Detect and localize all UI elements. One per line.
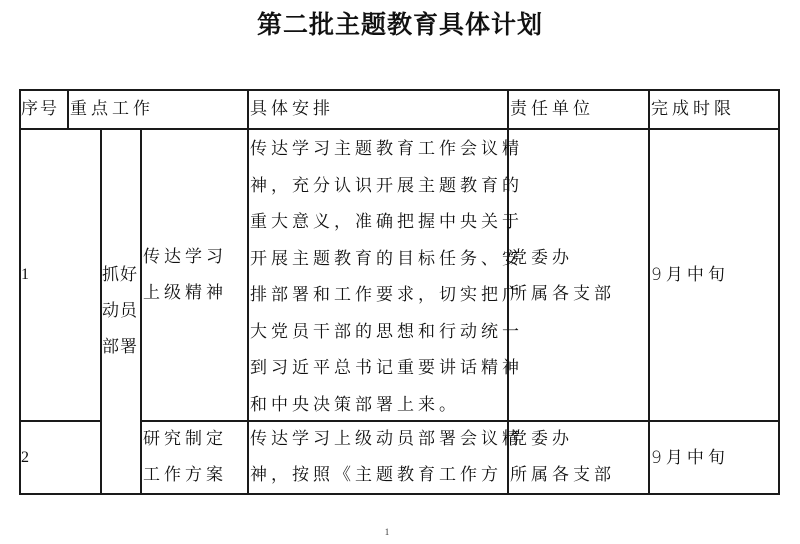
table-border-right <box>778 89 780 495</box>
row-1-arrangement-line: 神，充分认识开展主题教育的 <box>250 168 523 205</box>
header-divider <box>19 128 780 130</box>
document-title: 第二批主题教育具体计划 <box>0 8 800 42</box>
col-divider-task <box>247 89 249 495</box>
row-2-deadline: 9月中旬 <box>651 440 729 476</box>
row-1-responsible-line-2: 所属各支部 <box>510 276 615 312</box>
table-border-left <box>19 89 21 495</box>
header-responsible: 责任单位 <box>510 91 594 127</box>
row-1-arrangement-line: 大党员干部的思想和行动统一 <box>250 314 523 351</box>
row-1-task-line-1: 传达学习 <box>143 239 227 275</box>
row-2-task-line-1: 研究制定 <box>143 421 227 457</box>
group-label-line-1: 抓好 <box>102 257 138 293</box>
row-1-arrangement-line: 开展主题教育的目标任务、安 <box>250 241 523 278</box>
col-divider-group <box>140 128 142 495</box>
col-divider-responsible <box>648 89 650 495</box>
header-arrangement: 具体安排 <box>250 91 334 127</box>
row-2-responsible-line-1: 党委办 <box>510 421 573 457</box>
row-2-arrangement-line: 传达学习上级动员部署会议精 <box>250 421 523 458</box>
row-1-arrangement-line: 和中央决策部署上来。 <box>250 387 460 424</box>
row-1-arrangement-line: 排部署和工作要求，切实把广 <box>250 277 523 314</box>
row-1-arrangement-line: 重大意义，准确把握中央关于 <box>250 204 523 241</box>
row-divider-left <box>19 420 101 422</box>
row-2-seq: 2 <box>21 449 29 467</box>
row-1-seq: 1 <box>21 266 29 284</box>
row-2-task-line-2: 工作方案 <box>143 457 227 493</box>
row-1-deadline: 9月中旬 <box>651 257 729 293</box>
row-1-task-line-2: 上级精神 <box>143 275 227 311</box>
header-key-work: 重点工作 <box>70 91 154 127</box>
row-1-arrangement-line: 传达学习主题教育工作会议精 <box>250 131 523 168</box>
header-seq: 序号 <box>21 91 59 127</box>
header-col-divider-seq <box>67 89 69 130</box>
row-2-arrangement-line: 神，按照《主题教育工作方 <box>250 457 502 494</box>
row-1-responsible-line-1: 党委办 <box>510 240 573 276</box>
group-label-line-2: 动员 <box>102 293 138 329</box>
row-1-arrangement-line: 到习近平总书记重要讲话精神 <box>250 350 523 387</box>
group-label-line-3: 部署 <box>102 329 138 365</box>
row-2-responsible-line-2: 所属各支部 <box>510 457 615 493</box>
page-number: 1 <box>0 527 774 537</box>
header-deadline: 完成时限 <box>651 91 735 127</box>
